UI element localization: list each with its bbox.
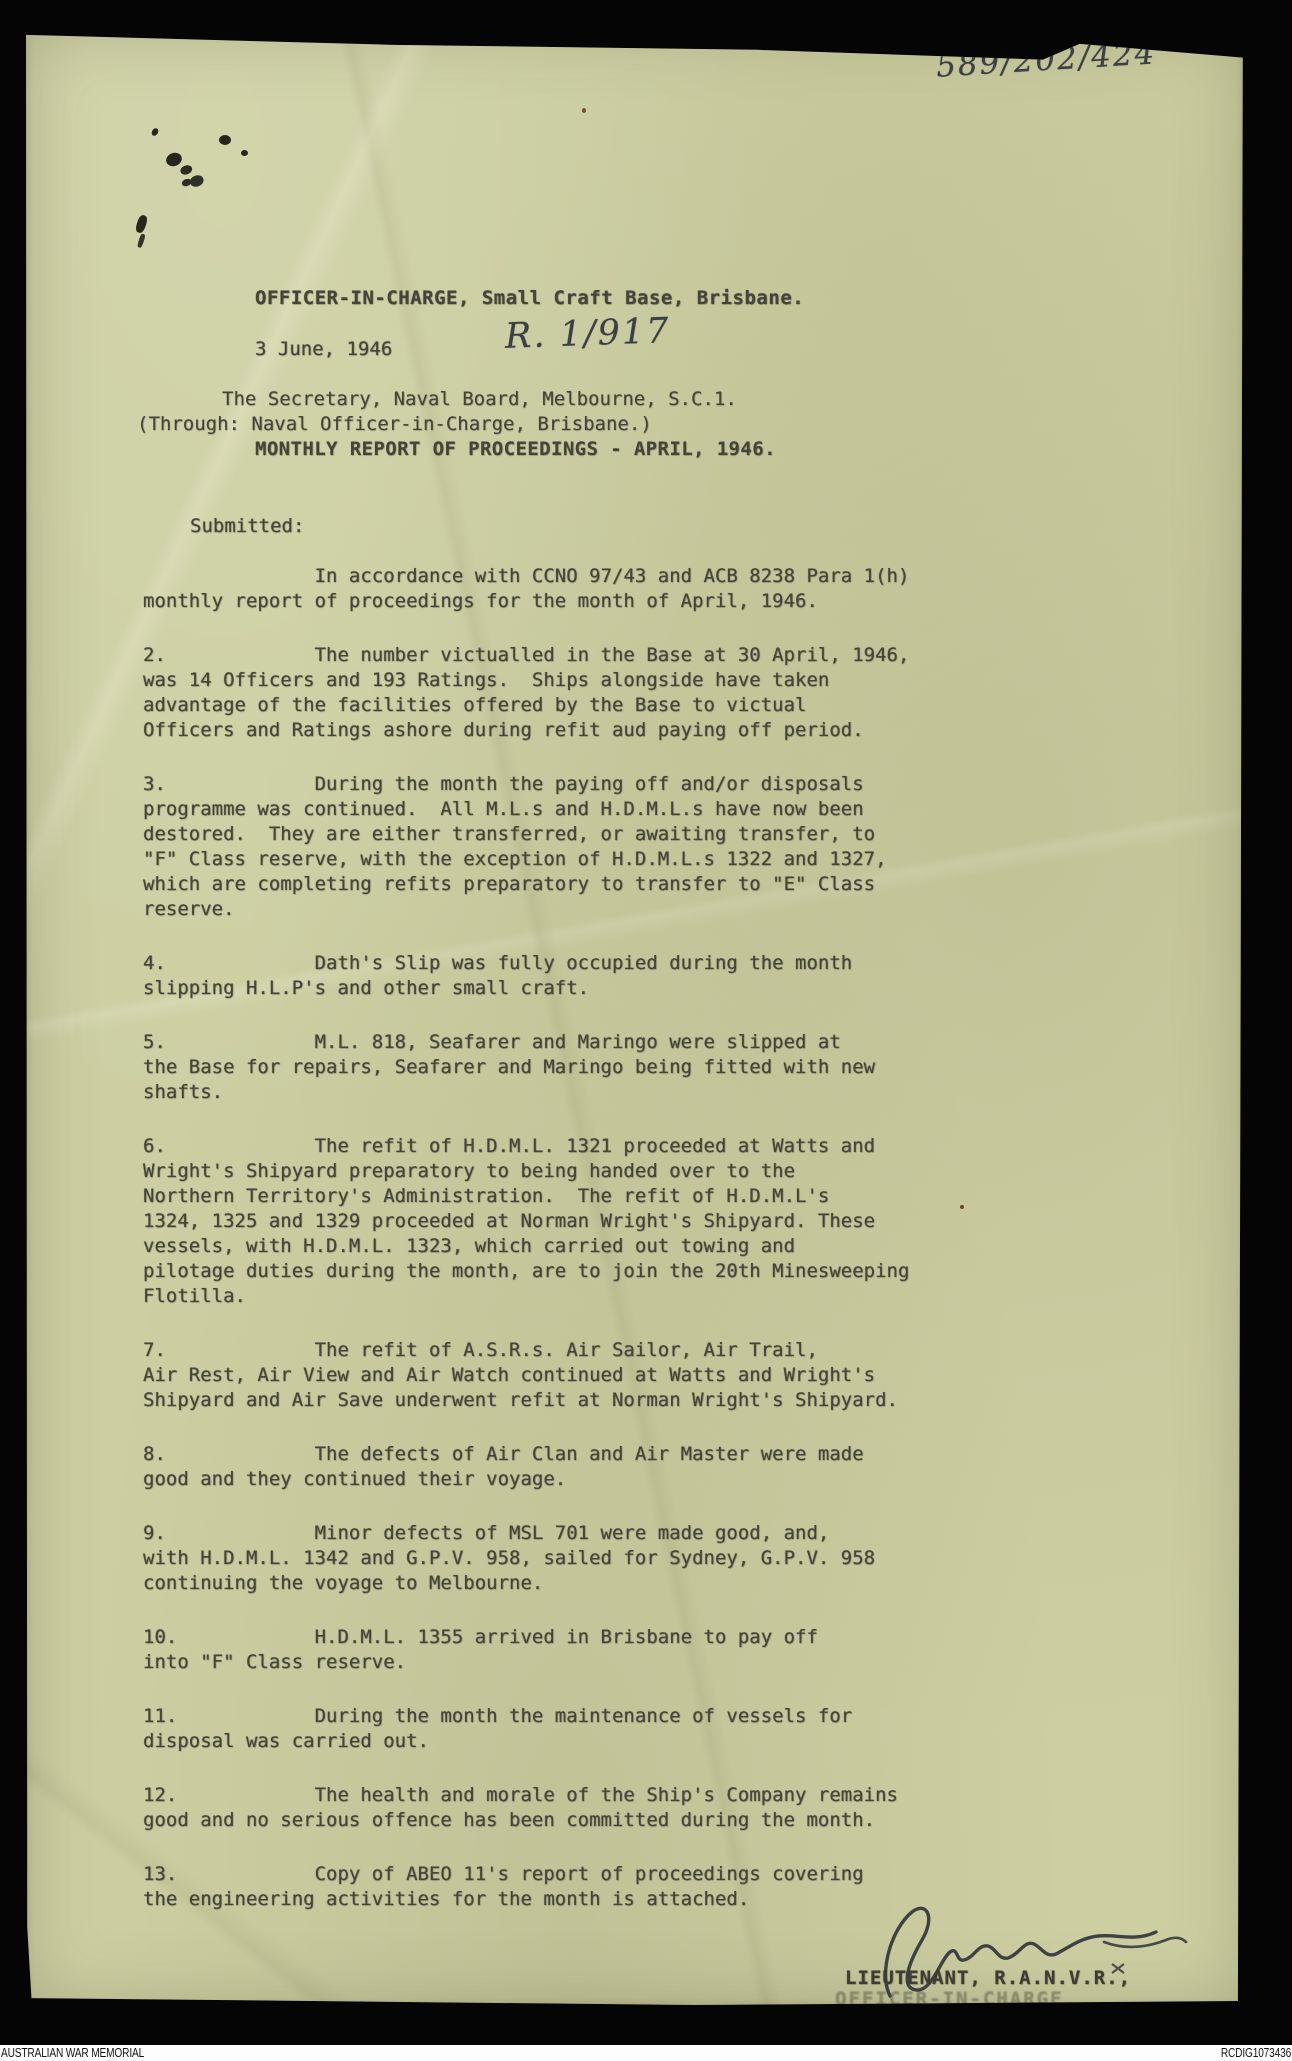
paragraph-1: In accordance with CCNO 97/43 and ACB 82…	[143, 564, 983, 614]
archive-id-label: RCDIG1073436	[1221, 2045, 1291, 2060]
archive-source-label: AUSTRALIAN WAR MEMORIAL	[1, 2045, 144, 2060]
address-block: The Secretary, Naval Board, Melbourne, S…	[137, 387, 776, 462]
paragraph-6: 6. The refit of H.D.M.L. 1321 proceeded …	[143, 1134, 983, 1309]
paragraph-2: 2. The number victualled in the Base at …	[143, 643, 983, 743]
salutation: Submitted:	[190, 514, 304, 539]
paragraph-4: 4. Dath's Slip was fully occupied during…	[143, 951, 983, 1001]
letterhead-from-line: OFFICER-IN-CHARGE, Small Craft Base, Bri…	[255, 286, 804, 311]
rust-speck	[582, 108, 586, 113]
through-line: (Through: Naval Officer-in-Charge, Brisb…	[137, 412, 776, 437]
paragraph-5: 5. M.L. 818, Seafarer and Maringo were s…	[143, 1030, 983, 1105]
pin-hole	[219, 135, 231, 145]
document-page: 589/202/424 OFFICER-IN-CHARGE, Small Cra…	[26, 28, 1244, 2006]
paragraph-12: 12. The health and morale of the Ship's …	[143, 1783, 983, 1833]
archive-footer-bar: AUSTRALIAN WAR MEMORIAL RCDIG1073436	[0, 2045, 1292, 2061]
paper-tear-mark	[134, 214, 148, 234]
paragraph-3: 3. During the month the paying off and/o…	[143, 772, 983, 922]
paragraph-8: 8. The defects of Air Clan and Air Maste…	[143, 1442, 983, 1492]
handwritten-registry-number: R. 1/917	[504, 311, 671, 357]
paragraph-11: 11. During the month the maintenance of …	[143, 1704, 983, 1754]
paragraph-10: 10. H.D.M.L. 1355 arrived in Brisbane to…	[143, 1625, 983, 1675]
addressee-line: The Secretary, Naval Board, Melbourne, S…	[137, 387, 776, 412]
pin-hole	[241, 150, 248, 156]
scan-background: 589/202/424 OFFICER-IN-CHARGE, Small Cra…	[0, 0, 1292, 2061]
paper-tear-mark	[164, 151, 183, 169]
pin-hole	[150, 127, 159, 137]
paragraph-13: 13. Copy of ABEO 11's report of proceedi…	[143, 1862, 983, 1912]
paragraph-7: 7. The refit of A.S.R.s. Air Sailor, Air…	[143, 1338, 983, 1413]
subject-line: MONTHLY REPORT OF PROCEEDINGS - APRIL, 1…	[137, 437, 776, 462]
paragraph-9: 9. Minor defects of MSL 701 were made go…	[143, 1521, 983, 1596]
handwritten-file-number: 589/202/424	[935, 35, 1157, 84]
letter-body: In accordance with CCNO 97/43 and ACB 82…	[143, 564, 983, 1941]
signature-stamp-line: OFFICER-IN-CHARGE	[835, 1987, 1063, 2012]
letter-date: 3 June, 1946	[255, 337, 392, 362]
